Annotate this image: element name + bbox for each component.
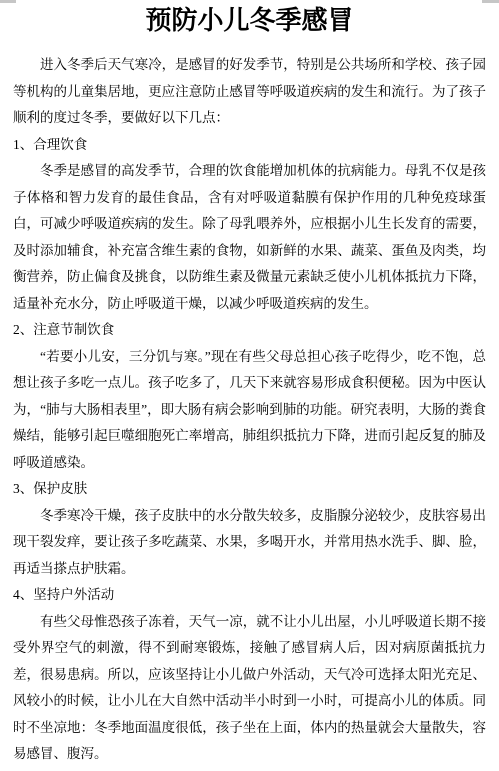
section-heading: 4、坚持户外活动	[13, 582, 486, 609]
section-heading: 1、合理饮食	[13, 132, 486, 159]
section-protect-skin: 3、保护皮肤 冬季寒冷干燥，孩子皮肤中的水分散失较多，皮脂腺分泌较少，皮肤容易出…	[13, 476, 486, 582]
section-paragraph: 冬季寒冷干燥，孩子皮肤中的水分散失较多，皮脂腺分泌较少，皮肤容易出现干裂发痒，要…	[13, 503, 486, 583]
section-reasonable-diet: 1、合理饮食 冬季是感冒的高发季节，合理的饮食能增加机体的抗病能力。母乳不仅是孩…	[13, 132, 486, 318]
section-paragraph: 冬季是感冒的高发季节，合理的饮食能增加机体的抗病能力。母乳不仅是孩子体格和智力发…	[13, 158, 486, 317]
document-title: 预防小儿冬季感冒	[13, 4, 486, 38]
section-heading: 3、保护皮肤	[13, 476, 486, 503]
section-moderate-eating: 2、注意节制饮食 “若要小儿安，三分饥与寒。”现在有些父母总担心孩子吃得少，吃不…	[13, 317, 486, 476]
section-outdoor-activity: 4、坚持户外活动 有些父母惟恐孩子冻着，天气一凉，就不让小儿出屋，小儿呼吸道长期…	[13, 582, 486, 768]
document-body: 预防小儿冬季感冒 进入冬季后天气寒冷，是感冒的好发季节，特别是公共场所和学校、孩…	[0, 0, 499, 768]
intro-paragraph: 进入冬季后天气寒冷，是感冒的好发季节，特别是公共场所和学校、孩子园等机构的儿童集…	[13, 52, 486, 132]
section-paragraph: 有些父母惟恐孩子冻着，天气一凉，就不让小儿出屋，小儿呼吸道长期不接受外界空气的刺…	[13, 609, 486, 768]
screen-edge-artifact-left	[0, 0, 16, 3]
section-heading: 2、注意节制饮食	[13, 317, 486, 344]
document-page: { "page": { "background": "#ffffff", "te…	[0, 0, 499, 771]
section-paragraph: “若要小儿安，三分饥与寒。”现在有些父母总担心孩子吃得少，吃不饱，总想让孩子多吃…	[13, 344, 486, 477]
screen-edge-artifact-right	[482, 0, 499, 3]
